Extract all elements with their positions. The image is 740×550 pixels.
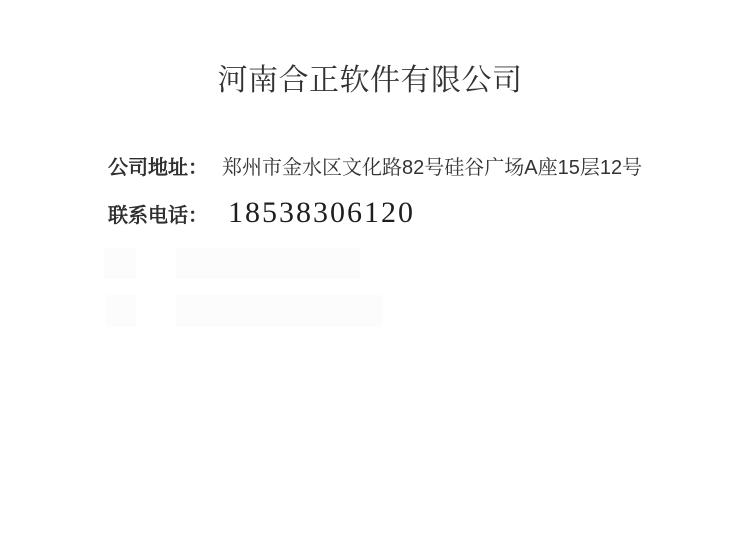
phone-label: 联系电话： <box>108 202 208 230</box>
faded-placeholder-row2-label <box>106 295 136 327</box>
phone-value: 18538306120 <box>228 197 415 229</box>
address-value: 郑州市金水区文化路82号硅谷广场A座15层12号 <box>222 154 642 182</box>
faded-placeholder-row2-value <box>176 295 383 327</box>
faded-placeholder-row1-value <box>176 248 360 279</box>
company-name-title: 河南合正软件有限公司 <box>0 62 740 100</box>
address-label: 公司地址： <box>108 154 208 182</box>
company-address-row: 公司地址： 郑州市金水区文化路82号硅谷广场A座15层12号 <box>108 154 642 182</box>
company-phone-row: 联系电话： 18538306120 <box>108 197 415 230</box>
company-contact-page: 河南合正软件有限公司 公司地址： 郑州市金水区文化路82号硅谷广场A座15层12… <box>0 0 740 550</box>
faded-placeholder-row1-label <box>104 248 136 279</box>
